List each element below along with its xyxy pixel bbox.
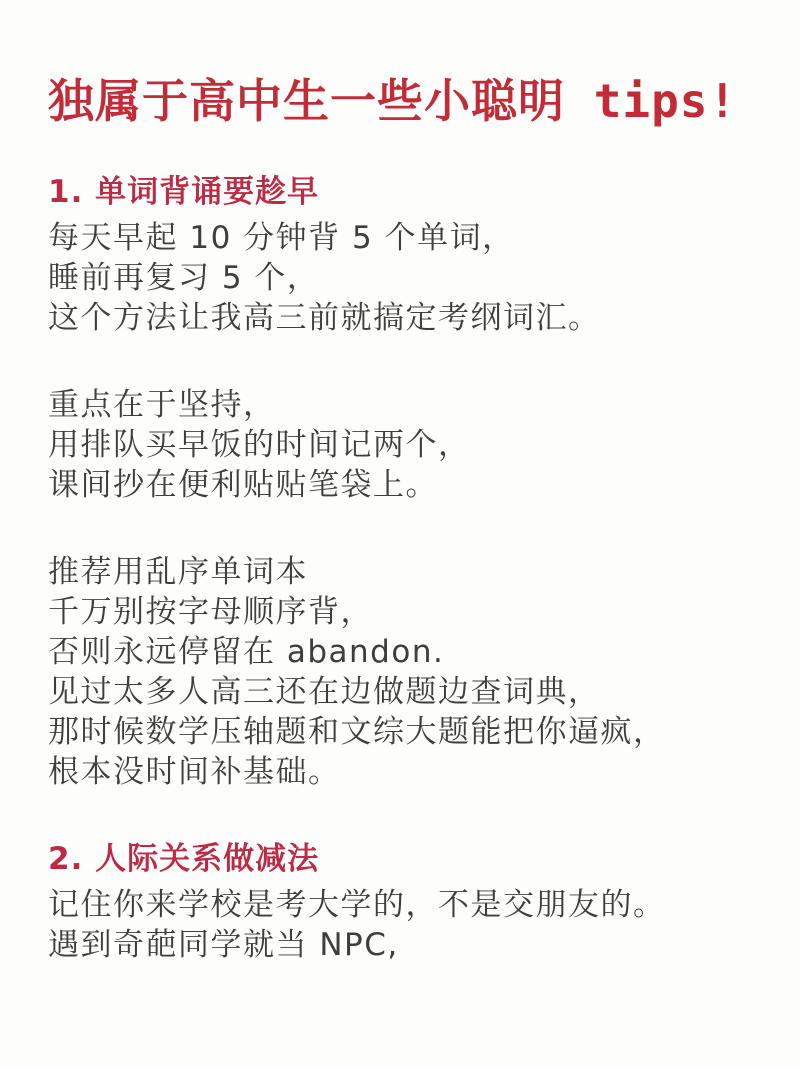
page-title: 独属于高中生一些小聪明 tips! xyxy=(48,70,756,132)
section-word-memorization: 1. 单词背诵要趁早 每天早起 10 分钟背 5 个单词， 睡前再复习 5 个，… xyxy=(48,172,756,792)
text-line: 用排队买早饭的时间记两个， xyxy=(48,425,756,465)
paragraph: 记住你来学校是考大学的，不是交朋友的。 遇到奇葩同学就当 NPC, xyxy=(48,885,756,965)
text-line: 否则永远停留在 abandon. xyxy=(48,632,756,672)
text-line: 记住你来学校是考大学的，不是交朋友的。 xyxy=(48,885,756,925)
text-line: 遇到奇葩同学就当 NPC, xyxy=(48,925,756,965)
text-line: 根本没时间补基础。 xyxy=(48,752,756,792)
section-heading-2: 2. 人际关系做减法 xyxy=(48,839,756,879)
text-line: 重点在于坚持， xyxy=(48,385,756,425)
paragraph: 每天早起 10 分钟背 5 个单词， 睡前再复习 5 个， 这个方法让我高三前就… xyxy=(48,218,756,338)
page-root: 独属于高中生一些小聪明 tips! 1. 单词背诵要趁早 每天早起 10 分钟背… xyxy=(0,0,800,1067)
text-line: 那时候数学压轴题和文综大题能把你逼疯， xyxy=(48,712,756,752)
text-line: 睡前再复习 5 个， xyxy=(48,258,756,298)
section-social-relations: 2. 人际关系做减法 记住你来学校是考大学的，不是交朋友的。 遇到奇葩同学就当 … xyxy=(48,839,756,965)
text-line: 课间抄在便利贴贴笔袋上。 xyxy=(48,465,756,505)
text-line: 每天早起 10 分钟背 5 个单词， xyxy=(48,218,756,258)
text-line: 这个方法让我高三前就搞定考纲词汇。 xyxy=(48,298,756,338)
section-heading-1: 1. 单词背诵要趁早 xyxy=(48,172,756,212)
paragraph: 重点在于坚持， 用排队买早饭的时间记两个， 课间抄在便利贴贴笔袋上。 xyxy=(48,385,756,505)
text-line: 推荐用乱序单词本 xyxy=(48,552,756,592)
text-line: 见过太多人高三还在边做题边查词典， xyxy=(48,672,756,712)
text-line: 千万别按字母顺序背， xyxy=(48,592,756,632)
paragraph: 推荐用乱序单词本 千万别按字母顺序背， 否则永远停留在 abandon. 见过太… xyxy=(48,552,756,792)
